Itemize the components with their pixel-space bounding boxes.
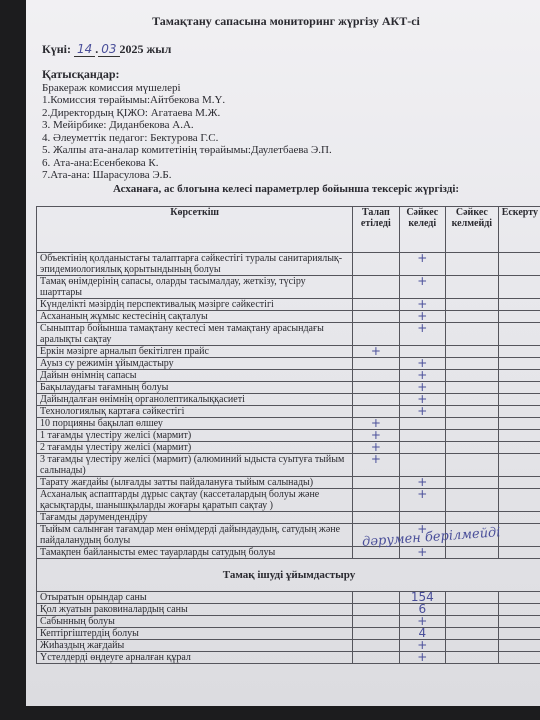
date-day: 14: [74, 42, 95, 57]
table-body: Объектінің қолданыстағы талаптарға сәйке…: [37, 253, 540, 559]
table-row: Сыныптар бойынша тамақтану кестесі мен т…: [37, 323, 540, 346]
participant-line: Бракераж комиссия мүшелері: [42, 82, 332, 95]
note-cell: [498, 418, 540, 430]
note-cell: [498, 512, 540, 524]
indicator-cell: Еркін мәзірге арналып бекітілген прайс: [37, 346, 353, 358]
required-cell: [353, 477, 399, 489]
note-cell: [498, 430, 540, 442]
table-row: 1 тағамды үлестіру желісі (мармит)+: [37, 430, 540, 442]
table-row: 2 тағамды үлестіру желісі (мармит)+: [37, 442, 540, 454]
required-cell: [353, 616, 399, 628]
required-cell: [353, 652, 399, 664]
not-complies-cell: [446, 299, 499, 311]
not-complies-cell: [446, 382, 499, 394]
not-complies-cell: [446, 477, 499, 489]
complies-cell: [399, 430, 446, 442]
participant-line: 1.Комиссия төрайымы:Айтбекова М.Ү.: [42, 94, 332, 107]
required-cell: [353, 358, 399, 370]
participants-block: Қатысқандар: Бракераж комиссия мүшелері …: [42, 68, 332, 182]
indicator-cell: Тыйым салынған тағамдар мен өнімдерді да…: [37, 524, 353, 547]
not-complies-cell: [446, 512, 499, 524]
required-cell: [353, 311, 399, 323]
required-cell: +: [353, 346, 399, 358]
subsection: Тамақ ішуді ұйымдастыру: [37, 559, 540, 592]
note-cell: [498, 454, 540, 477]
participant-line: 6. Ата-ана:Есенбекова К.: [42, 157, 332, 170]
not-complies-cell: [446, 442, 499, 454]
column-header: Көрсеткіш: [37, 207, 353, 253]
column-header: Ескерту: [498, 207, 540, 253]
indicator-cell: Асхананың жұмыс кестесінің сақталуы: [37, 311, 353, 323]
complies-cell: +: [399, 253, 446, 276]
date-line: Күні: 14.032025 жыл: [42, 42, 171, 57]
table-row: Дайын өнімнің сапасы+: [37, 370, 540, 382]
required-cell: [353, 394, 399, 406]
required-cell: +: [353, 454, 399, 477]
indicator-cell: Тағамды дәрумендендіру: [37, 512, 353, 524]
section-title: Асханаға, ас блогына келесі параметрлер …: [26, 183, 540, 195]
date-label: Күні:: [42, 42, 71, 56]
note-cell: [498, 358, 540, 370]
not-complies-cell: [446, 489, 499, 512]
note-cell: [498, 616, 540, 628]
table-row: Бақылаудағы тағамның болуы+: [37, 382, 540, 394]
indicator-cell: Бақылаудағы тағамның болуы: [37, 382, 353, 394]
participants-heading: Қатысқандар:: [42, 68, 332, 81]
complies-cell: +: [399, 276, 446, 299]
note-cell: [498, 524, 540, 547]
required-cell: [353, 323, 399, 346]
indicator-cell: Отыратын орындар саны: [37, 592, 353, 604]
not-complies-cell: [446, 418, 499, 430]
not-complies-cell: [446, 454, 499, 477]
document-page: Тамақтану сапасына мониторинг жүргізу АК…: [26, 0, 540, 706]
participant-line: 4. Әлеуметтік педагог: Бектурова Г.С.: [42, 132, 332, 145]
subsection-title: Тамақ ішуді ұйымдастыру: [37, 559, 540, 592]
not-complies-cell: [446, 323, 499, 346]
not-complies-cell: [446, 311, 499, 323]
not-complies-cell: [446, 253, 499, 276]
not-complies-cell: [446, 406, 499, 418]
indicator-cell: Жиһаздың жағдайы: [37, 640, 353, 652]
complies-cell: +: [399, 323, 446, 346]
indicator-cell: Дайындалған өнімнің органолептикалыққаси…: [37, 394, 353, 406]
not-complies-cell: [446, 346, 499, 358]
indicator-cell: Сыныптар бойынша тамақтану кестесі мен т…: [37, 323, 353, 346]
indicator-cell: Ауыз су режимін ұйымдастыру: [37, 358, 353, 370]
required-cell: [353, 489, 399, 512]
indicator-cell: Қол жуатын раковиналардың саны: [37, 604, 353, 616]
indicator-cell: 3 тағамды үлестіру желісі (мармит) (алюм…: [37, 454, 353, 477]
not-complies-cell: [446, 547, 499, 559]
required-cell: [353, 253, 399, 276]
note-cell: [498, 442, 540, 454]
table-row: Үстелдерді өңдеуге арналған құрал+: [37, 652, 540, 664]
note-cell: [498, 604, 540, 616]
indicator-cell: Дайын өнімнің сапасы: [37, 370, 353, 382]
participant-line: 7.Ата-ана: Шарасулова Э.Б.: [42, 169, 332, 182]
required-cell: [353, 299, 399, 311]
table-row: Технологиялық картаға сәйкестігі+: [37, 406, 540, 418]
date-month: 03: [98, 42, 119, 57]
note-cell: [498, 370, 540, 382]
indicator-cell: Технологиялық картаға сәйкестігі: [37, 406, 353, 418]
note-cell: [498, 477, 540, 489]
indicator-cell: Үстелдерді өңдеуге арналған құрал: [37, 652, 353, 664]
not-complies-cell: [446, 370, 499, 382]
required-cell: [353, 512, 399, 524]
required-cell: [353, 628, 399, 640]
not-complies-cell: [446, 276, 499, 299]
note-cell: [498, 394, 540, 406]
table-row: Объектінің қолданыстағы талаптарға сәйке…: [37, 253, 540, 276]
complies-cell: +: [399, 652, 446, 664]
note-cell: [498, 592, 540, 604]
column-header: Сәйкес келеді: [399, 207, 446, 253]
required-cell: [353, 370, 399, 382]
table-body-2: Отыратын орындар саны154Қол жуатын раков…: [37, 592, 540, 664]
indicator-cell: Объектінің қолданыстағы талаптарға сәйке…: [37, 253, 353, 276]
indicator-cell: Сабынның болуы: [37, 616, 353, 628]
indicator-cell: Күнделікті мәзірдің перспективалық мәзір…: [37, 299, 353, 311]
table-row: Тамақпен байланысты емес тауарларды сату…: [37, 547, 540, 559]
indicator-cell: 10 порцияны бақылап өлшеу: [37, 418, 353, 430]
table-row: Дайындалған өнімнің органолептикалыққаси…: [37, 394, 540, 406]
not-complies-cell: [446, 592, 499, 604]
not-complies-cell: [446, 394, 499, 406]
table-row: Тарату жағдайы (ылғалды затты пайдалануғ…: [37, 477, 540, 489]
note-cell: [498, 489, 540, 512]
note-cell: [498, 311, 540, 323]
required-cell: [353, 382, 399, 394]
participant-line: 5. Жалпы ата-аналар комитетінің төрайымы…: [42, 144, 332, 157]
not-complies-cell: [446, 604, 499, 616]
required-cell: [353, 640, 399, 652]
indicator-cell: 2 тағамды үлестіру желісі (мармит): [37, 442, 353, 454]
table-row: Тағамды дәрумендендіру: [37, 512, 540, 524]
participant-line: 2.Директордың ҚІЖО: Агатаева М.Ж.: [42, 107, 332, 120]
not-complies-cell: [446, 616, 499, 628]
table-row: Тамақ өнімдерінің сапасы, оларды тасымал…: [37, 276, 540, 299]
column-header: Талап етіледі: [353, 207, 399, 253]
table-row: Еркін мәзірге арналып бекітілген прайс+: [37, 346, 540, 358]
note-cell: [498, 346, 540, 358]
table-row: Сабынның болуы+: [37, 616, 540, 628]
table-row: Күнделікті мәзірдің перспективалық мәзір…: [37, 299, 540, 311]
table-row: Кептіргіштердің болуы4: [37, 628, 540, 640]
column-header: Сәйкес келмейді: [446, 207, 499, 253]
table-row: 10 порцияны бақылап өлшеу+: [37, 418, 540, 430]
inspection-table: Көрсеткіш Талап етіледі Сәйкес келеді Сә…: [36, 206, 540, 664]
indicator-cell: Тамақ өнімдерінің сапасы, оларды тасымал…: [37, 276, 353, 299]
not-complies-cell: [446, 640, 499, 652]
note-cell: [498, 276, 540, 299]
not-complies-cell: [446, 652, 499, 664]
not-complies-cell: [446, 430, 499, 442]
table-row: 3 тағамды үлестіру желісі (мармит) (алюм…: [37, 454, 540, 477]
note-cell: [498, 253, 540, 276]
complies-cell: +: [399, 547, 446, 559]
note-cell: [498, 547, 540, 559]
indicator-cell: Кептіргіштердің болуы: [37, 628, 353, 640]
date-year: 2025 жыл: [120, 42, 172, 56]
note-cell: [498, 323, 540, 346]
complies-cell: +: [399, 406, 446, 418]
note-cell: [498, 406, 540, 418]
indicator-cell: Тамақпен байланысты емес тауарларды сату…: [37, 547, 353, 559]
note-cell: [498, 640, 540, 652]
table-row: Қол жуатын раковиналардың саны6: [37, 604, 540, 616]
note-cell: [498, 382, 540, 394]
complies-cell: [399, 454, 446, 477]
table-row: Асхананың жұмыс кестесінің сақталуы+: [37, 311, 540, 323]
table-row: Отыратын орындар саны154: [37, 592, 540, 604]
required-cell: [353, 276, 399, 299]
indicator-cell: Асханалық аспаптарды дұрыс сақтау (кассе…: [37, 489, 353, 512]
note-cell: [498, 628, 540, 640]
required-cell: [353, 604, 399, 616]
not-complies-cell: [446, 628, 499, 640]
complies-cell: [399, 442, 446, 454]
table-row: Ауыз су режимін ұйымдастыру+: [37, 358, 540, 370]
note-cell: [498, 299, 540, 311]
note-cell: [498, 652, 540, 664]
indicator-cell: 1 тағамды үлестіру желісі (мармит): [37, 430, 353, 442]
table-row: Асханалық аспаптарды дұрыс сақтау (кассе…: [37, 489, 540, 512]
document-title: Тамақтану сапасына мониторинг жүргізу АК…: [26, 14, 540, 29]
not-complies-cell: [446, 358, 499, 370]
complies-cell: +: [399, 489, 446, 512]
required-cell: [353, 592, 399, 604]
participant-line: 3. Мейірбике: Диданбекова А.А.: [42, 119, 332, 132]
indicator-cell: Тарату жағдайы (ылғалды затты пайдалануғ…: [37, 477, 353, 489]
complies-cell: [399, 418, 446, 430]
table-row: Жиһаздың жағдайы+: [37, 640, 540, 652]
